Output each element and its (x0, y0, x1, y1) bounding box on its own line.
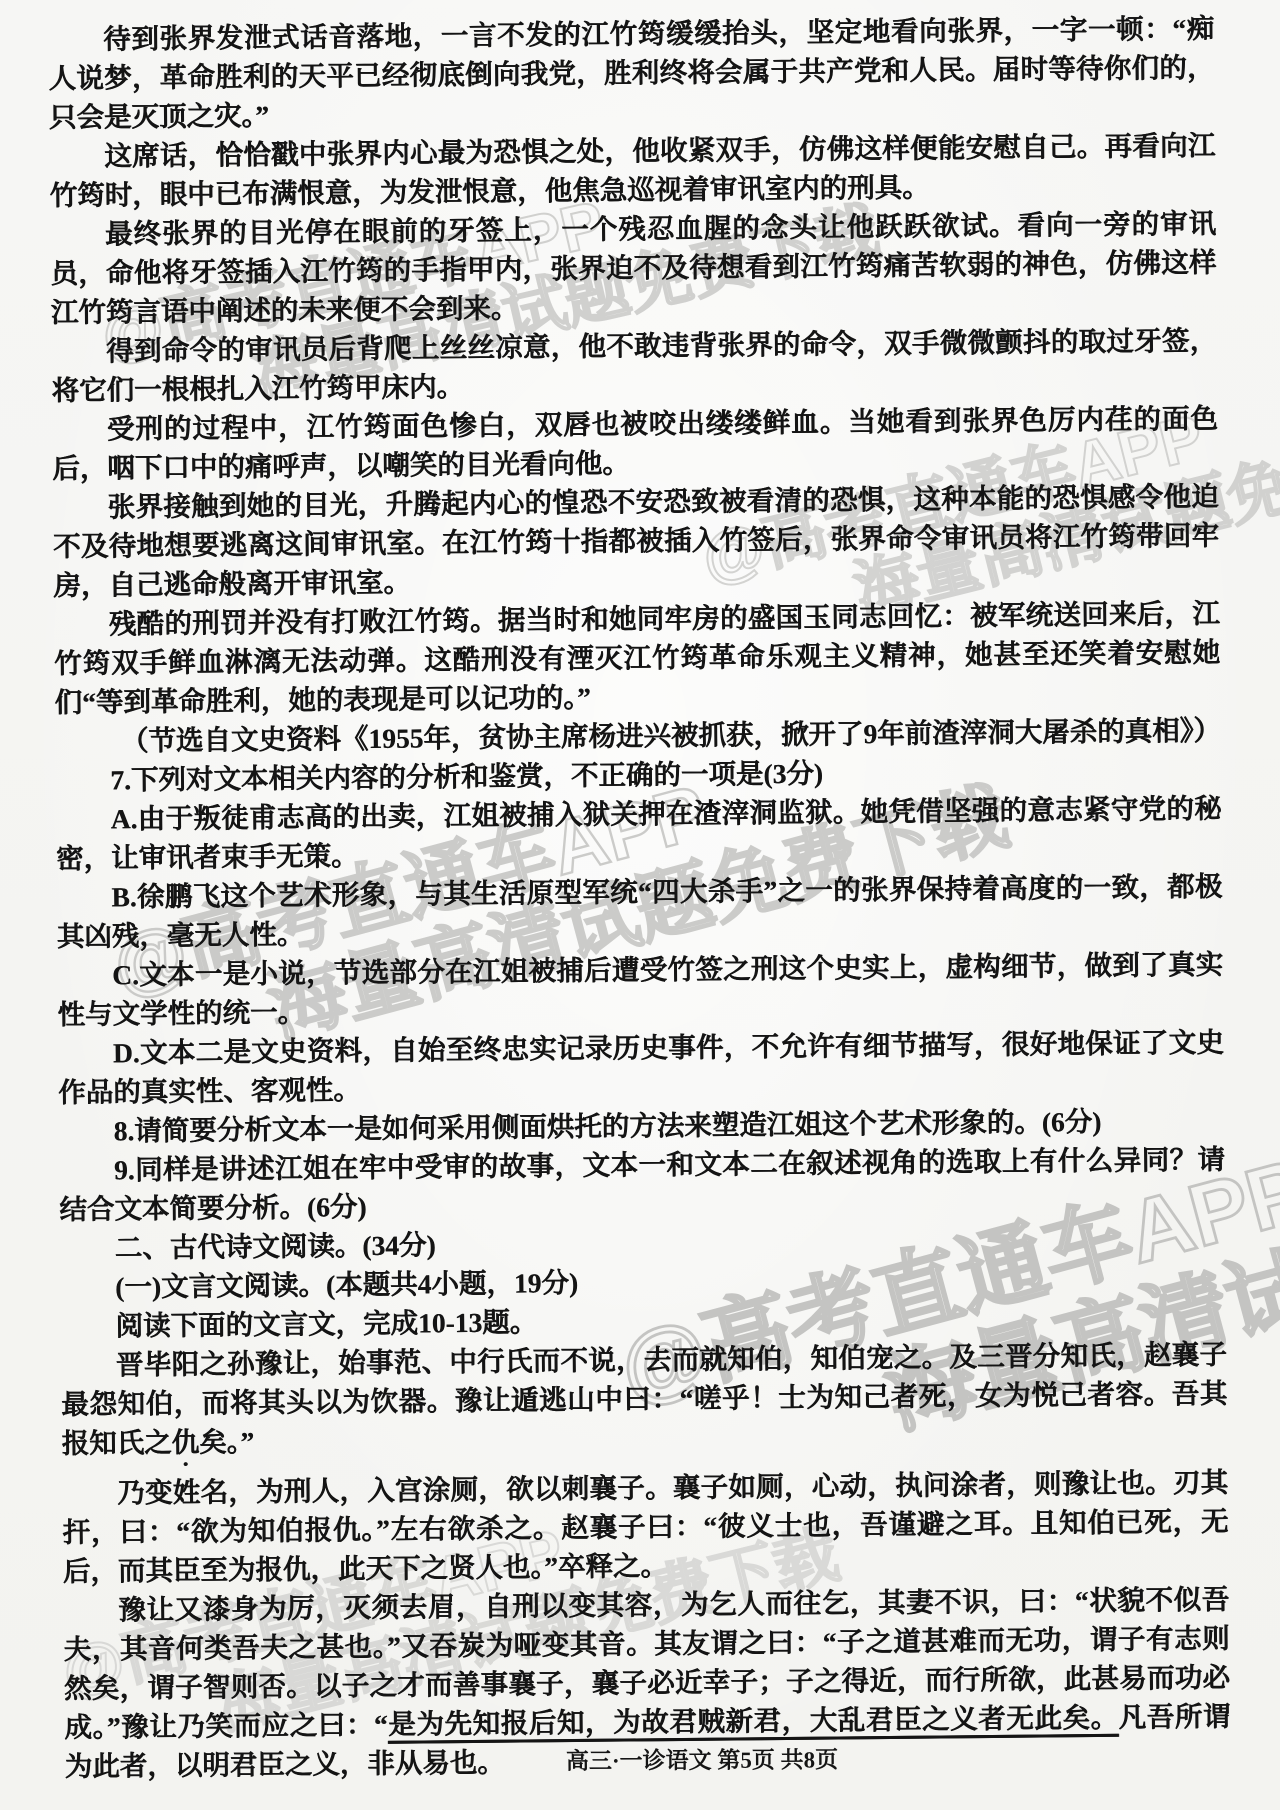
question-7-option-a: A.由于叛徒甫志高的出卖，江姐被捕入狱关押在渣滓洞监狱。她凭借坚强的意志紧守党的… (55, 789, 1222, 878)
page-footer: 高三·一诊语文 第5页 共8页 (62, 1739, 1280, 1779)
classical-text: 矣。” (199, 1426, 254, 1458)
exam-scan-page: @高考直通车APP 海量高清试题免费下载 @高考直通车APP 海量高清试题免费下… (0, 0, 1280, 1810)
question-9: 9.同样是讲述江姐在牢中受审的故事，文本一和文本二在叙述视角的选取上有什么异同？… (59, 1140, 1226, 1229)
passage-paragraph: 张界接触到她的目光，升腾起内心的惶恐不安恐致被看清的恐惧，这种本能的恐惧感令他迫… (52, 477, 1219, 605)
classical-paragraph-2: 乃变姓名，为刑人，入宫涂厕，欲以刺襄子。襄子如厕，心动，执问涂者，则豫让也。刃其… (62, 1463, 1229, 1591)
passage-paragraph: 残酷的刑罚并没有打败江竹筠。据当时和她同牢房的盛国玉同志回忆：被军统送回来后，江… (54, 594, 1221, 722)
question-7-option-d: D.文本二是文史资料，自始至终忠实记录历史事件，不允许有细节描写，很好地保证了文… (58, 1023, 1225, 1112)
question-7-option-b: B.徐鹏飞这个艺术形象，与其生活原型军统“四大杀手”之一的张界保持着高度的一致，… (56, 867, 1223, 956)
passage-paragraph: 最终张界的目光停在眼前的牙签上，一个残忍血腥的念头让他跃跃欲试。看向一旁的审讯员… (50, 204, 1217, 332)
classical-underlined-sentence: 是为先知报后知，为故君贼新君，大乱君臣之义者无此矣。 (388, 1702, 1119, 1740)
exam-text-body: 待到张界发泄式话音落地，一言不发的江竹筠缓缓抬头，坚定地看向张界，一字一顿：“痴… (48, 9, 1231, 1786)
passage-paragraph: 得到命令的审讯员后背爬上丝丝凉意，他不敢违背张界的命令，双手微微颤抖的取过牙签，… (51, 321, 1218, 410)
question-7-option-c: C.文本一是小说，节选部分在江姐被捕后遭受竹签之刑这个史实上，虚构细节，做到了真… (57, 945, 1224, 1034)
classical-emphasized-char: 仇 (172, 1427, 200, 1458)
passage-paragraph: 待到张界发泄式话音落地，一言不发的江竹筠缓缓抬头，坚定地看向张界，一字一顿：“痴… (48, 9, 1215, 137)
passage-paragraph: 这席话，恰恰戳中张界内心最为恐惧之处，他收紧双手，仿佛这样便能安慰自己。再看向江… (49, 126, 1216, 215)
classical-paragraph-1: 晋毕阳之孙豫让，始事范、中行氏而不说，去而就知伯，知伯宠之。及三晋分知氏，赵襄子… (61, 1335, 1228, 1474)
passage-paragraph: 受刑的过程中，江竹筠面色惨白，双唇也被咬出缕缕鲜血。当她看到张界色厉内荏的面色后… (52, 399, 1219, 488)
